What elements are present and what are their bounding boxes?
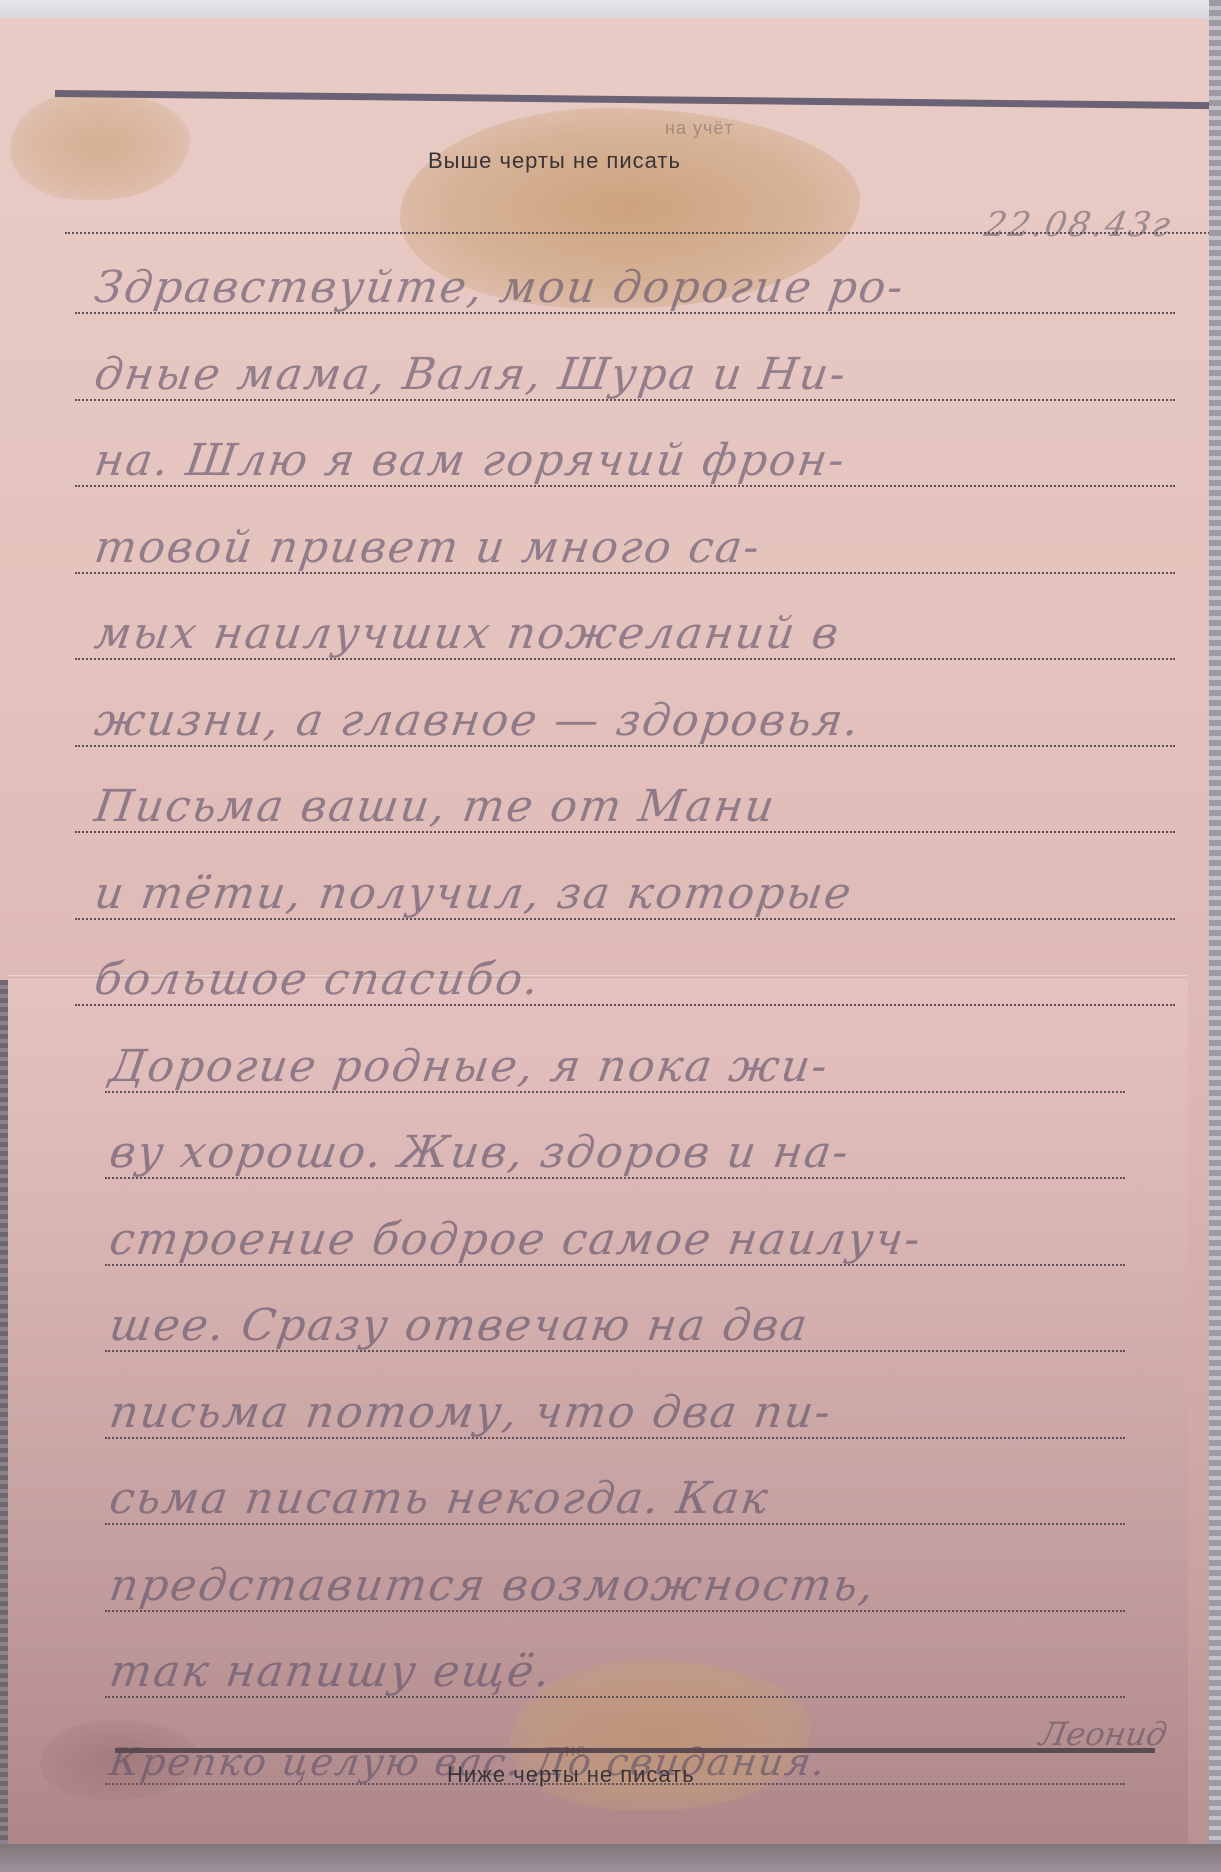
handwritten-line: жизни, а главное — здоровья. bbox=[92, 699, 1178, 743]
background-surface-right bbox=[1209, 0, 1221, 1872]
background-surface-left bbox=[0, 980, 8, 1872]
handwritten-line: шее. Сразу отвечаю на два bbox=[107, 1304, 1193, 1348]
printed-footer: Ниже черты не писать bbox=[447, 1762, 695, 1788]
handwritten-line: представится возможность, bbox=[107, 1564, 1193, 1608]
handwritten-line: Письма ваши, те от Мани bbox=[92, 785, 1178, 829]
handwritten-line: Дорогие родные, я пока жи- bbox=[107, 1045, 1193, 1089]
handwritten-line: ву хорошо. Жив, здоров и на- bbox=[107, 1131, 1193, 1175]
printed-footer-faint: не bbox=[565, 1740, 587, 1761]
handwritten-line: большое спасибо. bbox=[92, 958, 1178, 1002]
handwritten-line: на. Шлю я вам горячий фрон- bbox=[92, 439, 1178, 483]
printed-header-faint: на учёт bbox=[665, 118, 734, 139]
handwritten-line: Здравствуйте, мои дорогие ро- bbox=[92, 266, 1178, 310]
letter-date: 22.08.43г bbox=[981, 205, 1175, 245]
handwritten-line: мых наилучших пожеланий в bbox=[92, 612, 1178, 656]
handwritten-line: так напишу ещё. bbox=[107, 1650, 1193, 1694]
background-surface-bottom bbox=[0, 1844, 1221, 1872]
printed-header: Выше черты не писать bbox=[428, 148, 681, 174]
handwritten-line: письма потому, что два пи- bbox=[107, 1391, 1193, 1435]
handwritten-line: товой привет и много са- bbox=[92, 526, 1178, 570]
handwritten-line: и тёти, получил, за которые bbox=[92, 872, 1178, 916]
handwritten-line: дные мама, Валя, Шура и Ни- bbox=[92, 353, 1178, 397]
bottom-printed-rule bbox=[115, 1748, 1155, 1753]
handwritten-line: строение бодрое самое наилуч- bbox=[107, 1218, 1193, 1262]
handwritten-line: сьма писать некогда. Как bbox=[107, 1477, 1193, 1521]
